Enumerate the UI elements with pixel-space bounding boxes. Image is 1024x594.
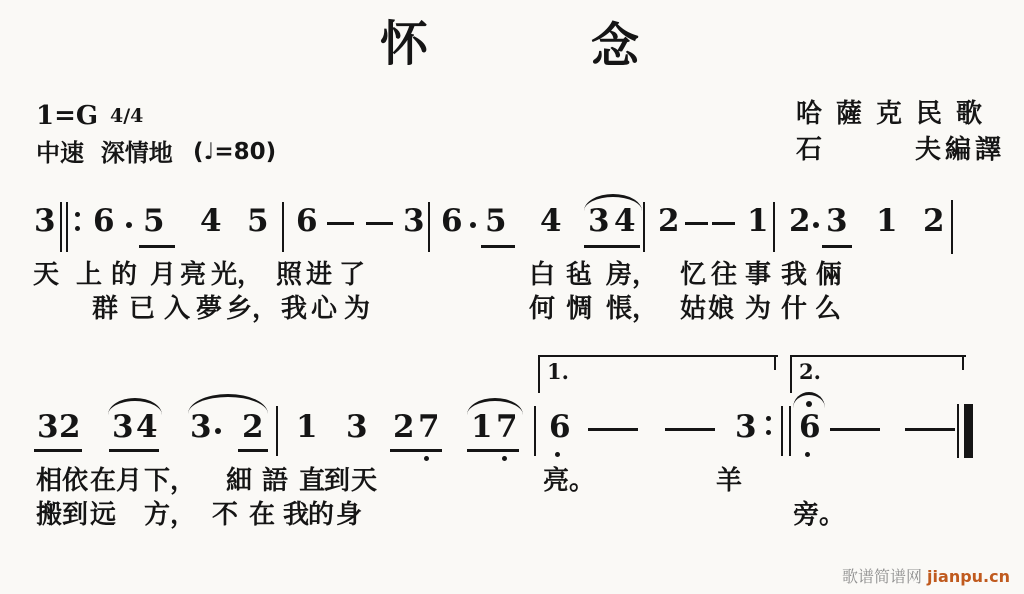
- lyric-char: 进: [306, 262, 332, 288]
- song-source: 哈薩克民歌: [796, 101, 996, 127]
- note-digit: 3: [190, 412, 212, 443]
- lyric-char: 羊: [716, 468, 742, 494]
- lyric-char: 夢: [196, 296, 222, 322]
- lyric-char: 下，: [144, 468, 196, 494]
- duration-dash: [588, 428, 638, 431]
- barline: [643, 202, 645, 252]
- note-digit: 3: [346, 412, 368, 443]
- eighth-underline: [584, 245, 640, 248]
- lyric-char: 在: [249, 502, 275, 528]
- volta-bracket-end: [774, 355, 776, 370]
- repeat-dot: [75, 212, 80, 217]
- barline: [951, 200, 953, 254]
- lyric-char: 到: [324, 468, 350, 494]
- lyric-char: 上: [76, 262, 102, 288]
- augmentation-dot: [215, 428, 221, 434]
- page-title-char-1: 怀: [380, 20, 428, 68]
- lyric-char: 方，: [144, 502, 196, 528]
- watermark-url: jianpu.cn: [927, 567, 1010, 586]
- note-digit: 3: [34, 206, 56, 237]
- note-digit: 4: [136, 412, 158, 443]
- lyric-char: 天: [33, 262, 59, 288]
- note-digit: 1: [747, 206, 769, 237]
- note-digit: 6: [549, 412, 571, 443]
- duration-dash: [685, 222, 708, 225]
- repeat-dot: [75, 226, 80, 231]
- note-digit: 4: [614, 206, 636, 237]
- duration-dash: [830, 428, 880, 431]
- augmentation-dot: [813, 222, 819, 228]
- lyric-char: 亮。: [543, 468, 595, 494]
- repeat-end-bar: [789, 406, 791, 456]
- lyric-char: 身: [336, 502, 362, 528]
- lyric-char: 直: [299, 468, 325, 494]
- note-digit: 1: [876, 206, 898, 237]
- lyric-char: 何: [529, 296, 555, 322]
- tempo-text: 中速 深情地: [36, 141, 173, 165]
- volta-label-2: 2.: [799, 361, 821, 382]
- note-digit: 1: [471, 412, 493, 443]
- note-digit: 2: [393, 412, 415, 443]
- final-barline-thick: [964, 404, 973, 458]
- watermark-site: 歌谱简谱网: [842, 567, 927, 586]
- lyric-char: 悵，: [606, 296, 658, 322]
- low-octave-dot: [424, 456, 429, 461]
- volta-label-1: 1.: [547, 361, 569, 382]
- note-digit: 1: [296, 412, 318, 443]
- note-digit: 5: [485, 206, 507, 237]
- barline: [276, 406, 278, 456]
- lyric-char: 在: [90, 468, 116, 494]
- note-digit: 3: [588, 206, 610, 237]
- lyric-char: 天: [351, 468, 377, 494]
- note-digit: 7: [496, 412, 518, 443]
- lyric-char: 語: [262, 468, 288, 494]
- volta-bracket-end: [962, 355, 964, 370]
- barline: [534, 406, 536, 456]
- lyric-char: 毡: [566, 262, 592, 288]
- note-digit: 2: [658, 206, 680, 237]
- lyric-char: 照: [276, 262, 302, 288]
- lyric-char: 亮: [180, 262, 206, 288]
- note-digit: 3: [403, 206, 425, 237]
- eighth-underline: [467, 449, 519, 452]
- lyric-char: 为: [745, 296, 771, 322]
- lyric-char: 远: [90, 502, 116, 528]
- note-digit: 6: [441, 206, 463, 237]
- lyric-char: 依: [62, 468, 88, 494]
- lyric-char: 的: [111, 262, 137, 288]
- lyric-char: 光，: [211, 262, 263, 288]
- note-digit: 4: [540, 206, 562, 237]
- note-digit: 2: [789, 206, 811, 237]
- eighth-underline: [822, 245, 852, 248]
- barline: [282, 202, 284, 252]
- eighth-underline: [481, 245, 515, 248]
- lyric-char: 到: [62, 502, 88, 528]
- lyric-char: 倆: [816, 262, 842, 288]
- fermata-dot: [806, 401, 812, 407]
- time-signature: 4/4: [110, 107, 143, 126]
- lyric-char: 为: [344, 296, 370, 322]
- lyric-char: 心: [311, 296, 337, 322]
- lyric-char: 我: [281, 296, 307, 322]
- low-octave-dot: [805, 452, 810, 457]
- repeat-begin-bar: [66, 202, 68, 252]
- watermark: 歌谱简谱网 jianpu.cn: [842, 569, 1010, 585]
- note-digit: 5: [247, 206, 269, 237]
- lyric-char: 的: [308, 502, 334, 528]
- lyric-char: 細: [226, 468, 252, 494]
- lyric-char: 我: [781, 262, 807, 288]
- note-digit: 2: [59, 412, 81, 443]
- duration-dash: [905, 428, 955, 431]
- barline: [428, 202, 430, 252]
- note-digit: 3: [37, 412, 59, 443]
- barline: [773, 202, 775, 252]
- note-digit: 3: [826, 206, 848, 237]
- final-barline-thin: [957, 404, 959, 458]
- note-digit: 6: [799, 412, 821, 443]
- lyric-char: 忆: [680, 262, 706, 288]
- lyric-char: 乡，: [226, 296, 278, 322]
- note-digit: 3: [735, 412, 757, 443]
- lyric-char: 入: [164, 296, 190, 322]
- lyric-char: 什: [781, 296, 807, 322]
- arranger-role: 夫編譯: [915, 137, 1005, 163]
- lyric-char: 搬: [36, 502, 62, 528]
- lyric-char: 房，: [606, 262, 658, 288]
- note-digit: 2: [923, 206, 945, 237]
- eighth-underline: [238, 449, 268, 452]
- lyric-char: 相: [36, 468, 62, 494]
- augmentation-dot: [470, 222, 476, 228]
- lyric-char: 娘: [708, 296, 734, 322]
- eighth-underline: [34, 449, 82, 452]
- lyric-char: 往: [711, 262, 737, 288]
- tempo-metronome-mark: (♩=80): [193, 141, 276, 164]
- low-octave-dot: [502, 456, 507, 461]
- lyric-char: 了: [339, 262, 365, 288]
- lyric-char: 月: [116, 468, 142, 494]
- note-digit: 7: [418, 412, 440, 443]
- lyric-char: 么: [815, 296, 841, 322]
- lyric-char: 姑: [680, 296, 706, 322]
- augmentation-dot: [126, 222, 132, 228]
- lyric-char: 已: [129, 296, 155, 322]
- eighth-underline: [139, 245, 175, 248]
- note-digit: 6: [93, 206, 115, 237]
- lyric-char: 不: [212, 502, 238, 528]
- volta-bracket-1: [538, 355, 778, 393]
- eighth-underline: [390, 449, 442, 452]
- lyric-char: 事: [745, 262, 771, 288]
- low-octave-dot: [555, 452, 560, 457]
- duration-dash: [712, 222, 735, 225]
- duration-dash: [366, 222, 393, 225]
- note-digit: 5: [143, 206, 165, 237]
- repeat-dot: [766, 416, 771, 421]
- arranger-name: 石: [796, 137, 822, 163]
- lyric-char: 旁。: [793, 502, 845, 528]
- duration-dash: [327, 222, 354, 225]
- repeat-begin-bar: [60, 202, 62, 252]
- note-digit: 2: [242, 412, 264, 443]
- lyric-char: 月: [150, 262, 176, 288]
- eighth-underline: [109, 449, 159, 452]
- note-digit: 4: [200, 206, 222, 237]
- note-digit: 3: [112, 412, 134, 443]
- lyric-char: 惆: [566, 296, 592, 322]
- repeat-dot: [766, 430, 771, 435]
- note-digit: 6: [296, 206, 318, 237]
- lyric-char: 群: [92, 296, 118, 322]
- page-title-char-2: 念: [591, 22, 639, 70]
- lyric-char: 我: [283, 502, 309, 528]
- repeat-end-bar: [781, 406, 783, 456]
- key-signature: 1=G: [36, 103, 98, 129]
- duration-dash: [665, 428, 715, 431]
- lyric-char: 白: [529, 262, 555, 288]
- sheet-music-page: 怀 念 1=G 4/4 中速 深情地 (♩=80) 哈薩克民歌 石 夫編譯 36…: [0, 0, 1024, 594]
